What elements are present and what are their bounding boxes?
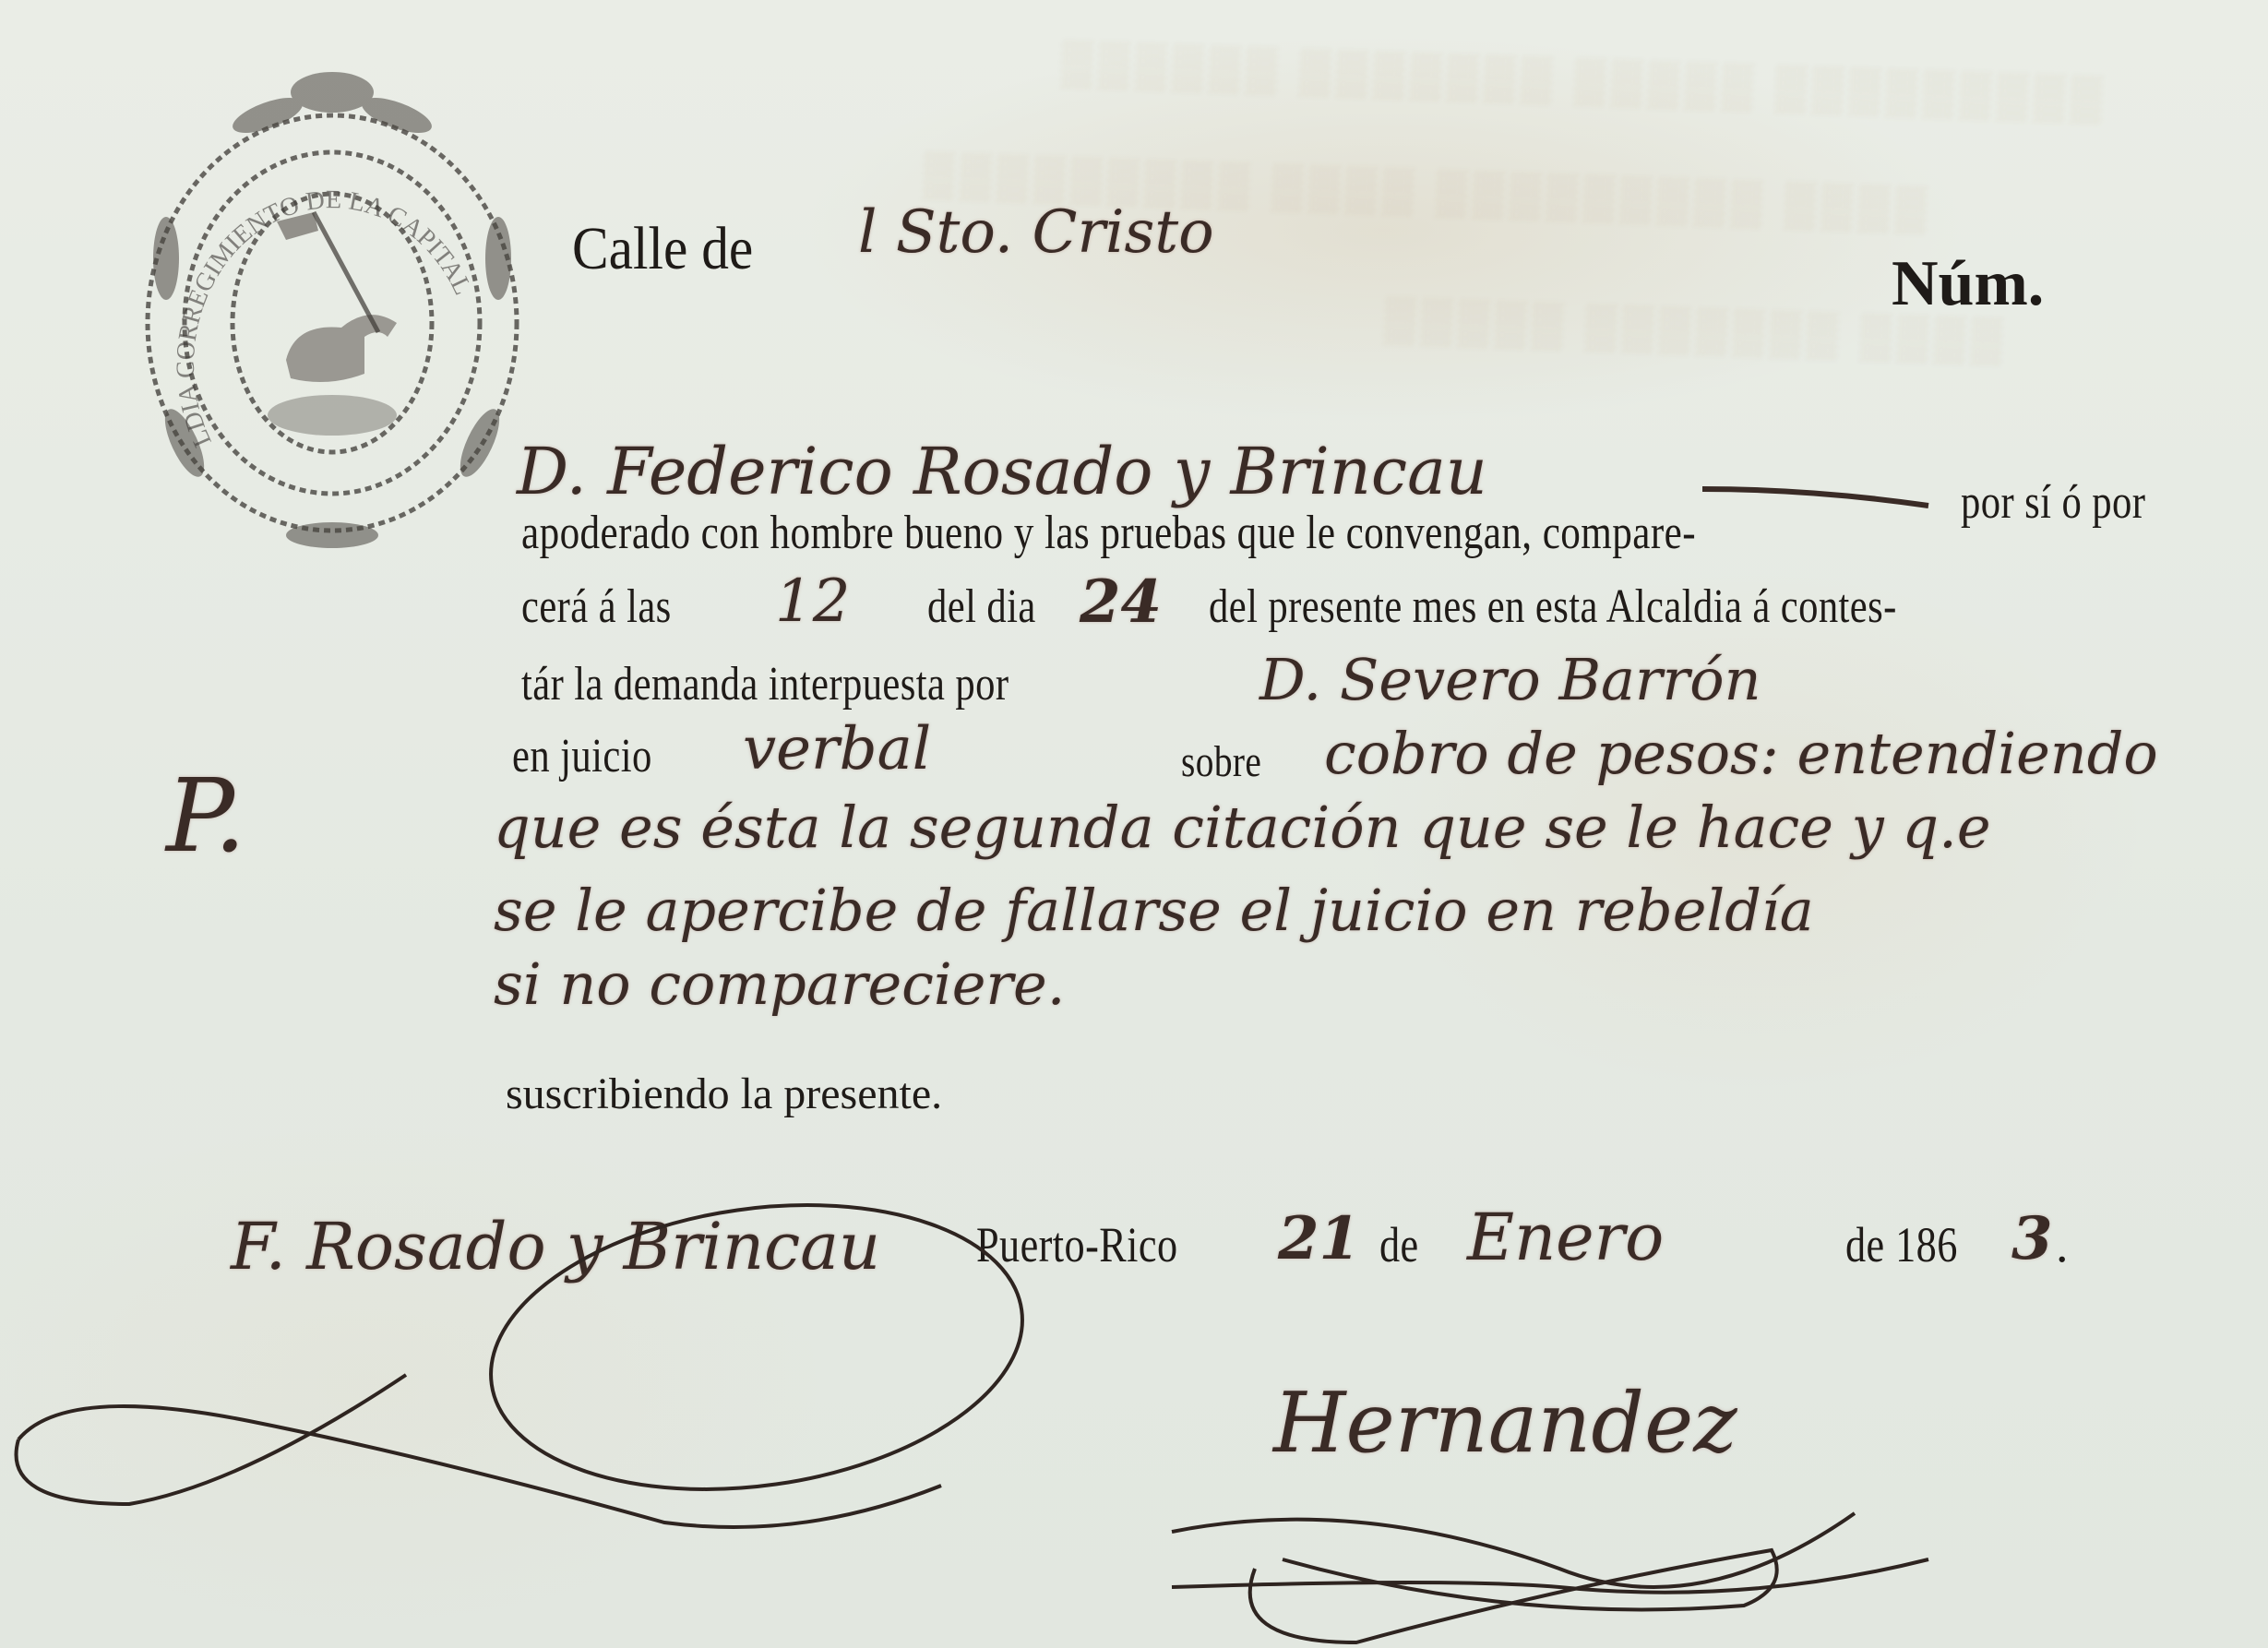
day-value: 24 — [1080, 567, 1162, 637]
bleed-through-text: ▒▒▒▒▒▒ ▒▒▒▒▒▒▒ ▒▒▒▒▒ ▒▒▒▒▒▒▒▒▒ — [1060, 37, 2107, 125]
date-year-digit: 3 — [2011, 1204, 2053, 1273]
stamp-seal-icon: ALCALDIA CORREGIMIENTO DE LA CAPITAL — [129, 55, 535, 554]
date-month: Enero — [1467, 1200, 1664, 1275]
recipient-signature-flourish — [0, 1163, 1061, 1513]
closing-text: suscribiendo la presente. — [506, 1069, 942, 1119]
handwritten-line3: se le apercibe de fallarse el juicio en … — [494, 877, 1814, 944]
plaintiff-name: D. Severo Barrón — [1259, 646, 1761, 713]
street-label: Calle de — [572, 214, 753, 284]
date-de1: de — [1379, 1216, 1419, 1273]
official-seal: ALCALDIA CORREGIMIENTO DE LA CAPITAL — [129, 55, 535, 554]
handwritten-line4: si no compareciere. — [494, 950, 1065, 1018]
printed-line3-b: del dia — [927, 579, 1036, 634]
printed-line5-a: en juicio — [512, 729, 652, 783]
number-label: Núm. — [1892, 247, 2044, 321]
subject-value: cobro de pesos: entendiendo — [1324, 720, 2158, 787]
street-value: l Sto. Cristo — [858, 198, 1214, 267]
date-de2: de 186 — [1845, 1216, 1958, 1273]
official-signature: Hernandez — [1273, 1375, 1737, 1472]
printed-line3-c: del presente mes en esta Alcaldia á cont… — [1209, 579, 1897, 634]
margin-note: P. — [166, 757, 246, 875]
addressee-name: D. Federico Rosado y Brincau — [517, 434, 1487, 509]
handwritten-line2: que es ésta la segunda citación que se l… — [494, 794, 1991, 861]
flourish-line — [1698, 480, 1938, 508]
date-period: . — [2056, 1216, 2069, 1273]
printed-line2: apoderado con hombre bueno y las pruebas… — [521, 506, 1696, 560]
printed-line3-a: cerá á las — [521, 579, 672, 634]
official-signature-flourish — [1153, 1476, 1938, 1642]
hour-value: 12 — [775, 567, 850, 636]
date-day: 21 — [1278, 1204, 1360, 1273]
printed-line5-b: sobre — [1181, 736, 1261, 787]
printed-line1-tail: por sí ó por — [1961, 475, 2145, 530]
printed-line4: tár la demanda interpuesta por — [521, 657, 1009, 711]
trial-type-value: verbal — [743, 715, 931, 783]
